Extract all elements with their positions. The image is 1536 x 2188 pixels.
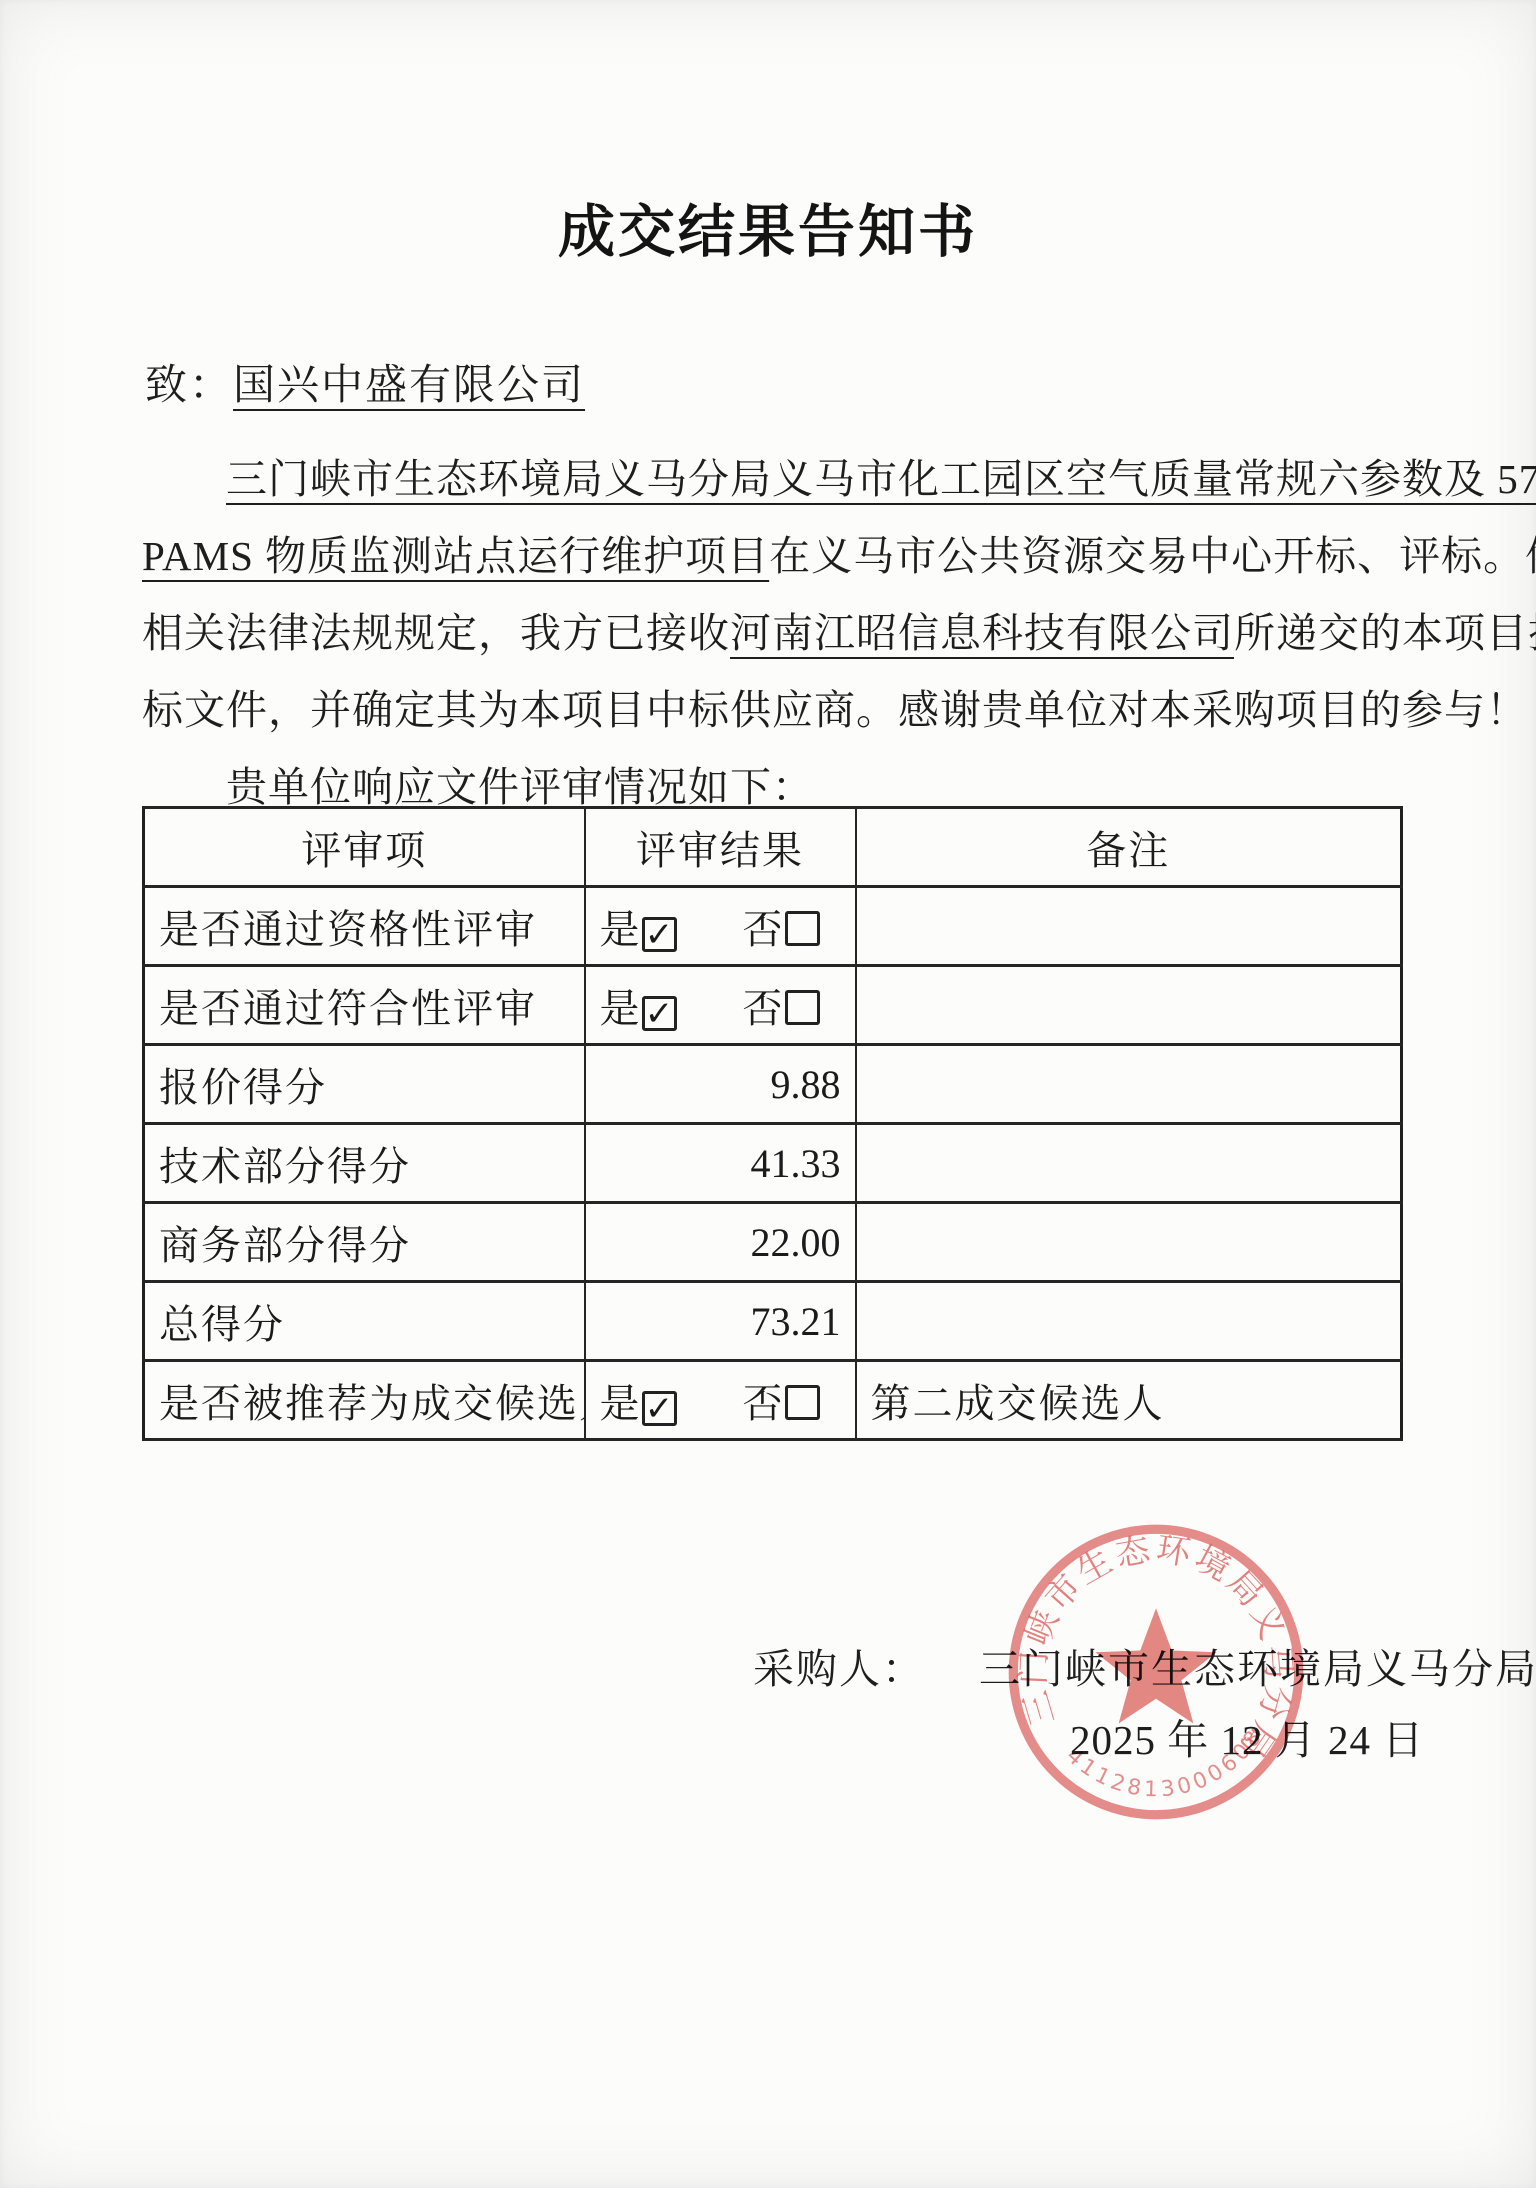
score-value: 9.88 [585, 1045, 856, 1124]
review-item-label: 报价得分 [144, 1045, 585, 1124]
header-remark: 备注 [856, 808, 1402, 887]
body-text: 相关法律法规规定，我方已接收 [142, 610, 730, 656]
header-review-result: 评审结果 [585, 808, 856, 887]
remark-cell [856, 887, 1402, 966]
table-row: 是否通过资格性评审 是✓否 [144, 887, 1402, 966]
page-title: 成交结果告知书 [0, 186, 1536, 268]
project-name-part2: PAMS 物质监测站点运行维护项目 [142, 533, 769, 579]
review-result-cell: 是✓否 [585, 966, 856, 1045]
body-paragraph: 三门峡市生态环境局义马分局义马市化工园区空气质量常规六参数及 57 种 PAMS… [142, 441, 1402, 826]
yes-label: 是 [600, 986, 640, 1031]
yes-label: 是 [600, 1381, 640, 1426]
body-text: 在义马市公共资源交易中心开标、评标。依据 [769, 533, 1536, 579]
buyer-name: 三门峡市生态环境局义马分局 [979, 1646, 1536, 1692]
yes-label: 是 [600, 907, 640, 952]
review-item-label: 商务部分得分 [144, 1203, 585, 1282]
evaluation-table: 评审项 评审结果 备注 是否通过资格性评审 是✓否 是否通过符合性评审 是✓否 … [142, 806, 1403, 1441]
review-item-label: 是否被推荐为成交候选人 [144, 1361, 585, 1440]
no-checkbox-empty-icon [785, 911, 820, 946]
table-header-row: 评审项 评审结果 备注 [144, 808, 1402, 887]
yes-checkbox-checked-icon: ✓ [642, 917, 677, 952]
salutation-prefix: 致： [145, 363, 233, 409]
no-label: 否 [743, 986, 783, 1031]
buyer-line: 采购人：三门峡市生态环境局义马分局 [753, 1636, 1536, 1695]
table-row: 是否通过符合性评审 是✓否 [144, 966, 1402, 1045]
body-text: 标文件，并确定其为本项目中标供应商。感谢贵单位对本采购项目的参与！ [142, 687, 1528, 733]
date-line: 2025 年 12 月 24 日 [1070, 1707, 1424, 1766]
no-checkbox-empty-icon [785, 1385, 820, 1420]
body-line-4: 标文件，并确定其为本项目中标供应商。感谢贵单位对本采购项目的参与！ [142, 672, 1402, 749]
document-page: 成交结果告知书 致：国兴中盛有限公司 三门峡市生态环境局义马分局义马市化工园区空… [0, 0, 1536, 2188]
body-line-3: 相关法律法规规定，我方已接收河南江昭信息科技有限公司所递交的本项目投 [142, 595, 1402, 672]
body-text: 贵单位响应文件评审情况如下： [226, 764, 814, 810]
table-row: 是否被推荐为成交候选人 是✓否 第二成交候选人 [144, 1361, 1402, 1440]
project-name-part1: 三门峡市生态环境局义马分局义马市化工园区空气质量常规六参数及 57 种 [226, 456, 1536, 502]
remark-cell [856, 1203, 1402, 1282]
recipient-name: 国兴中盛有限公司 [233, 363, 585, 409]
remark-cell [856, 966, 1402, 1045]
yes-checkbox-checked-icon: ✓ [642, 996, 677, 1031]
review-item-label: 是否通过资格性评审 [144, 887, 585, 966]
score-value: 73.21 [585, 1282, 856, 1361]
review-result-cell: 是✓否 [585, 887, 856, 966]
remark-cell [856, 1282, 1402, 1361]
header-review-item: 评审项 [144, 808, 585, 887]
table-row: 报价得分 9.88 [144, 1045, 1402, 1124]
remark-cell [856, 1045, 1402, 1124]
review-item-label: 总得分 [144, 1282, 585, 1361]
table-row: 总得分 73.21 [144, 1282, 1402, 1361]
yes-checkbox-checked-icon: ✓ [642, 1391, 677, 1426]
review-item-label: 是否通过符合性评审 [144, 966, 585, 1045]
review-item-label: 技术部分得分 [144, 1124, 585, 1203]
no-checkbox-empty-icon [785, 990, 820, 1025]
no-label: 否 [743, 1381, 783, 1426]
buyer-label: 采购人： [753, 1646, 925, 1692]
score-value: 41.33 [585, 1124, 856, 1203]
salutation-line: 致：国兴中盛有限公司 [145, 352, 585, 412]
winning-supplier-name: 河南江昭信息科技有限公司 [730, 610, 1234, 656]
remark-cell: 第二成交候选人 [856, 1361, 1402, 1440]
body-line-1: 三门峡市生态环境局义马分局义马市化工园区空气质量常规六参数及 57 种 [142, 441, 1402, 518]
no-label: 否 [743, 907, 783, 952]
score-value: 22.00 [585, 1203, 856, 1282]
table-row: 商务部分得分 22.00 [144, 1203, 1402, 1282]
table-row: 技术部分得分 41.33 [144, 1124, 1402, 1203]
review-result-cell: 是✓否 [585, 1361, 856, 1440]
body-text: 所递交的本项目投 [1234, 610, 1536, 656]
remark-cell [856, 1124, 1402, 1203]
body-line-2: PAMS 物质监测站点运行维护项目在义马市公共资源交易中心开标、评标。依据 [142, 518, 1402, 595]
